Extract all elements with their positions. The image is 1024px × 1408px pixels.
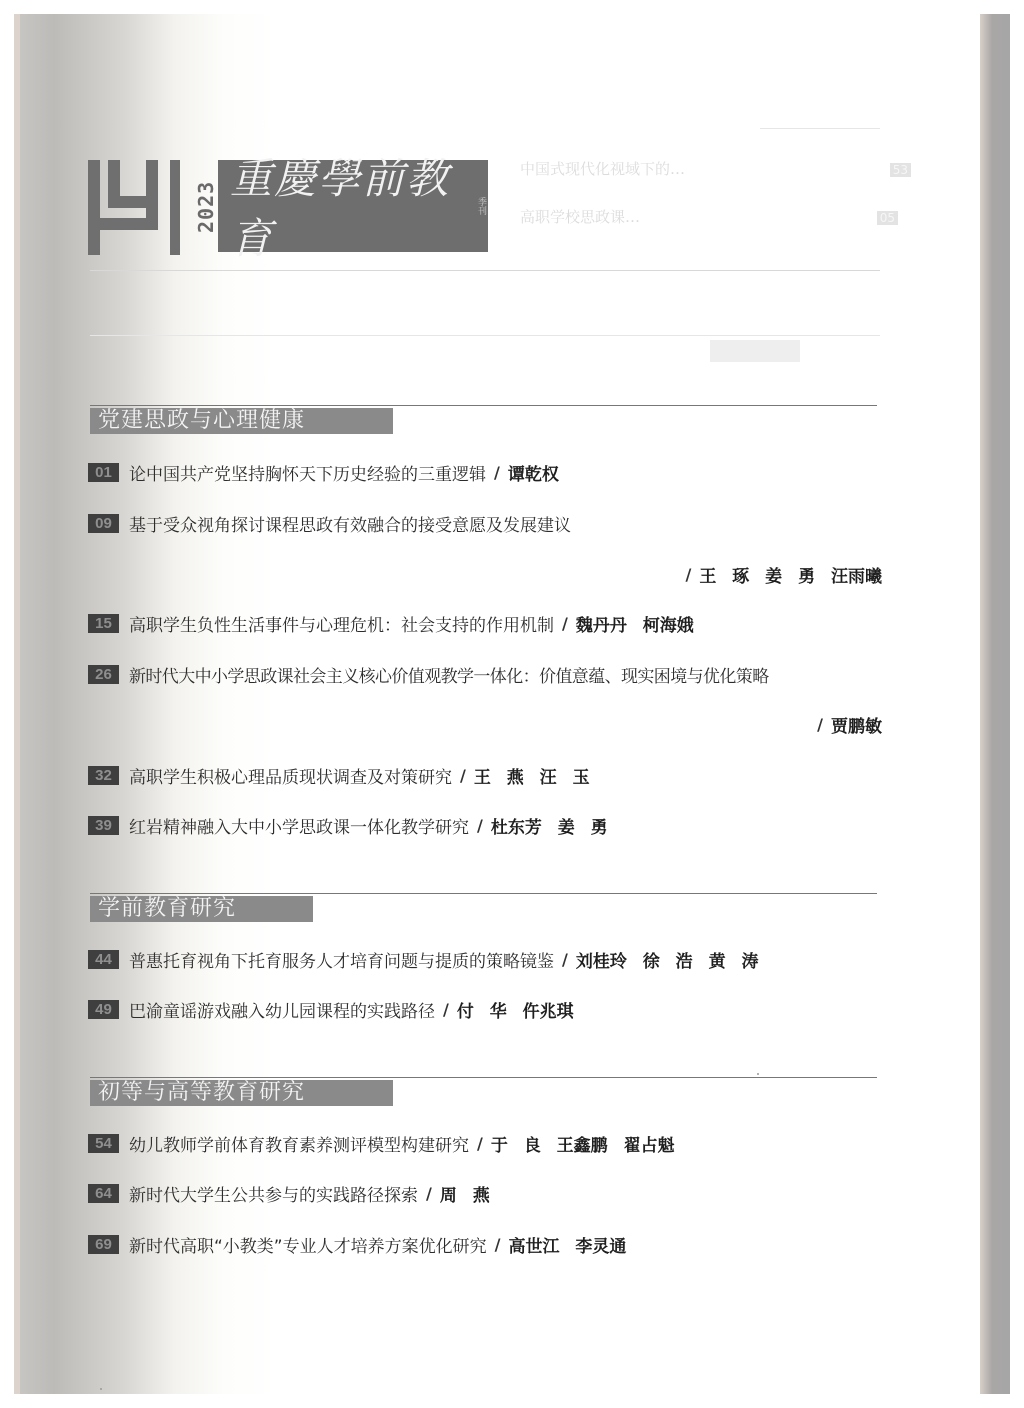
article-title[interactable]: 基于受众视角探讨课程思政有效融合的接受意愿及发展建议 [129, 511, 571, 536]
article-title[interactable]: 巴渝童谣游戏融入幼儿园课程的实践路径 [129, 997, 435, 1022]
article-title[interactable]: 幼儿教师学前体育教育素养测评模型构建研究 [129, 1131, 469, 1156]
article-title[interactable]: 新时代大中小学思政课社会主义核心价值观教学一体化：价值意蕴、现实困境与优化策略 [129, 662, 769, 687]
page-number-badge: 44 [88, 950, 119, 969]
section-rule [90, 1077, 877, 1078]
separator: / [426, 1184, 432, 1203]
article-title[interactable]: 新时代大学生公共参与的实践路径探索 [129, 1181, 418, 1206]
article-title[interactable]: 高职学生积极心理品质现状调查及对策研究 [129, 763, 452, 788]
page-left-edge [14, 14, 20, 1394]
article-authors: 谭乾权 [508, 460, 559, 485]
journal-title-banner: 重慶學前教育 季刊 [218, 160, 488, 252]
toc-entry[interactable]: 54 幼儿教师学前体育教育素养测评模型构建研究 / 于 良 王鑫鹏 翟占魁 [88, 1131, 675, 1155]
section-heading: 学前教育研究 [90, 896, 313, 922]
toc-entry[interactable]: 15 高职学生负性生活事件与心理危机：社会支持的作用机制 / 魏丹丹 柯海娥 [88, 611, 694, 635]
page-number-badge: 49 [88, 1000, 119, 1019]
page-number-badge: 32 [88, 766, 119, 785]
ghost-text: 中国式现代化视域下的… [520, 160, 685, 178]
article-authors: 杜东芳 姜 勇 [491, 813, 608, 838]
section-rule [90, 405, 877, 406]
section-heading: 初等与高等教育研究 [90, 1080, 393, 1106]
separator: / [443, 1000, 449, 1019]
article-title[interactable]: 普惠托育视角下托育服务人才培育问题与提质的策略镜鉴 [129, 947, 554, 972]
toc-entry[interactable]: 32 高职学生积极心理品质现状调查及对策研究 / 王 燕 汪 玉 [88, 763, 590, 787]
section-rule [90, 893, 877, 894]
ghost-rule [90, 270, 880, 271]
toc-entry[interactable]: 01 论中国共产党坚持胸怀天下历史经验的三重逻辑 / 谭乾权 [88, 460, 559, 484]
article-authors: 周 燕 [440, 1181, 490, 1206]
journal-logo-mark [88, 160, 208, 255]
article-authors: 王 琢 姜 勇 汪雨曦 [699, 562, 882, 587]
toc-entry[interactable]: 64 新时代大学生公共参与的实践路径探索 / 周 燕 [88, 1181, 490, 1205]
article-title[interactable]: 高职学生负性生活事件与心理危机：社会支持的作用机制 [129, 611, 554, 636]
toc-entry[interactable]: 39 红岩精神融入大中小学思政课一体化教学研究 / 杜东芳 姜 勇 [88, 813, 608, 837]
article-title[interactable]: 新时代高职“小教类”专业人才培养方案优化研究 [129, 1232, 487, 1257]
ghost-badge: 53 [890, 163, 911, 177]
separator: / [494, 463, 500, 482]
page-number-badge: 15 [88, 614, 119, 633]
page-number-badge: 69 [88, 1235, 119, 1254]
ghost-heading-block [710, 340, 800, 362]
article-authors: 魏丹丹 柯海娥 [576, 611, 694, 636]
page-number-badge: 54 [88, 1134, 119, 1153]
article-authors: 高世江 李灵通 [508, 1232, 626, 1257]
separator: / [477, 816, 483, 835]
toc-entry-authors-line: / 王 琢 姜 勇 汪雨曦 [677, 562, 882, 586]
scan-speck [757, 1073, 759, 1075]
page-number-badge: 01 [88, 463, 119, 482]
journal-frequency: 季刊 [475, 197, 488, 215]
journal-year: 2023 [196, 158, 216, 256]
separator: / [562, 614, 568, 633]
separator: / [460, 766, 466, 785]
journal-title: 重慶學前教育 [230, 146, 469, 266]
section-heading: 党建思政与心理健康 [90, 408, 393, 434]
ghost-text: 高职学校思政课… [520, 208, 640, 226]
ghost-rule [760, 128, 880, 129]
article-authors: 于 良 王鑫鹏 翟占魁 [491, 1131, 675, 1156]
separator: / [495, 1235, 501, 1254]
toc-entry[interactable]: 09 基于受众视角探讨课程思政有效融合的接受意愿及发展建议 [88, 511, 571, 535]
separator: / [562, 950, 568, 969]
article-authors: 付 华 仵兆琪 [457, 997, 574, 1022]
separator: / [477, 1134, 483, 1153]
article-title[interactable]: 红岩精神融入大中小学思政课一体化教学研究 [129, 813, 469, 838]
ghost-badge: 05 [877, 211, 898, 225]
article-authors: 贾鹏敏 [831, 712, 882, 737]
separator: / [817, 715, 823, 734]
article-authors: 王 燕 汪 玉 [474, 763, 590, 788]
page-number-badge: 64 [88, 1184, 119, 1203]
ghost-item: 高职学校思政课… 05 [520, 206, 898, 227]
page-number-badge: 26 [88, 665, 119, 684]
toc-entry-authors-line: / 贾鹏敏 [809, 712, 882, 736]
page-right-edge-shadow [980, 14, 1010, 1394]
toc-entry[interactable]: 69 新时代高职“小教类”专业人才培养方案优化研究 / 高世江 李灵通 [88, 1232, 626, 1256]
scan-speck [100, 1388, 102, 1390]
ghost-rule [90, 335, 880, 336]
toc-entry[interactable]: 44 普惠托育视角下托育服务人才培育问题与提质的策略镜鉴 / 刘桂玲 徐 浩 黄… [88, 947, 759, 971]
ghost-item: 中国式现代化视域下的… 53 [520, 158, 911, 179]
page-number-badge: 09 [88, 514, 119, 533]
separator: / [685, 565, 691, 584]
toc-entry[interactable]: 49 巴渝童谣游戏融入幼儿园课程的实践路径 / 付 华 仵兆琪 [88, 997, 574, 1021]
article-authors: 刘桂玲 徐 浩 黄 涛 [576, 947, 759, 972]
page-number-badge: 39 [88, 816, 119, 835]
article-title[interactable]: 论中国共产党坚持胸怀天下历史经验的三重逻辑 [129, 460, 486, 485]
toc-entry[interactable]: 26 新时代大中小学思政课社会主义核心价值观教学一体化：价值意蕴、现实困境与优化… [88, 662, 769, 686]
